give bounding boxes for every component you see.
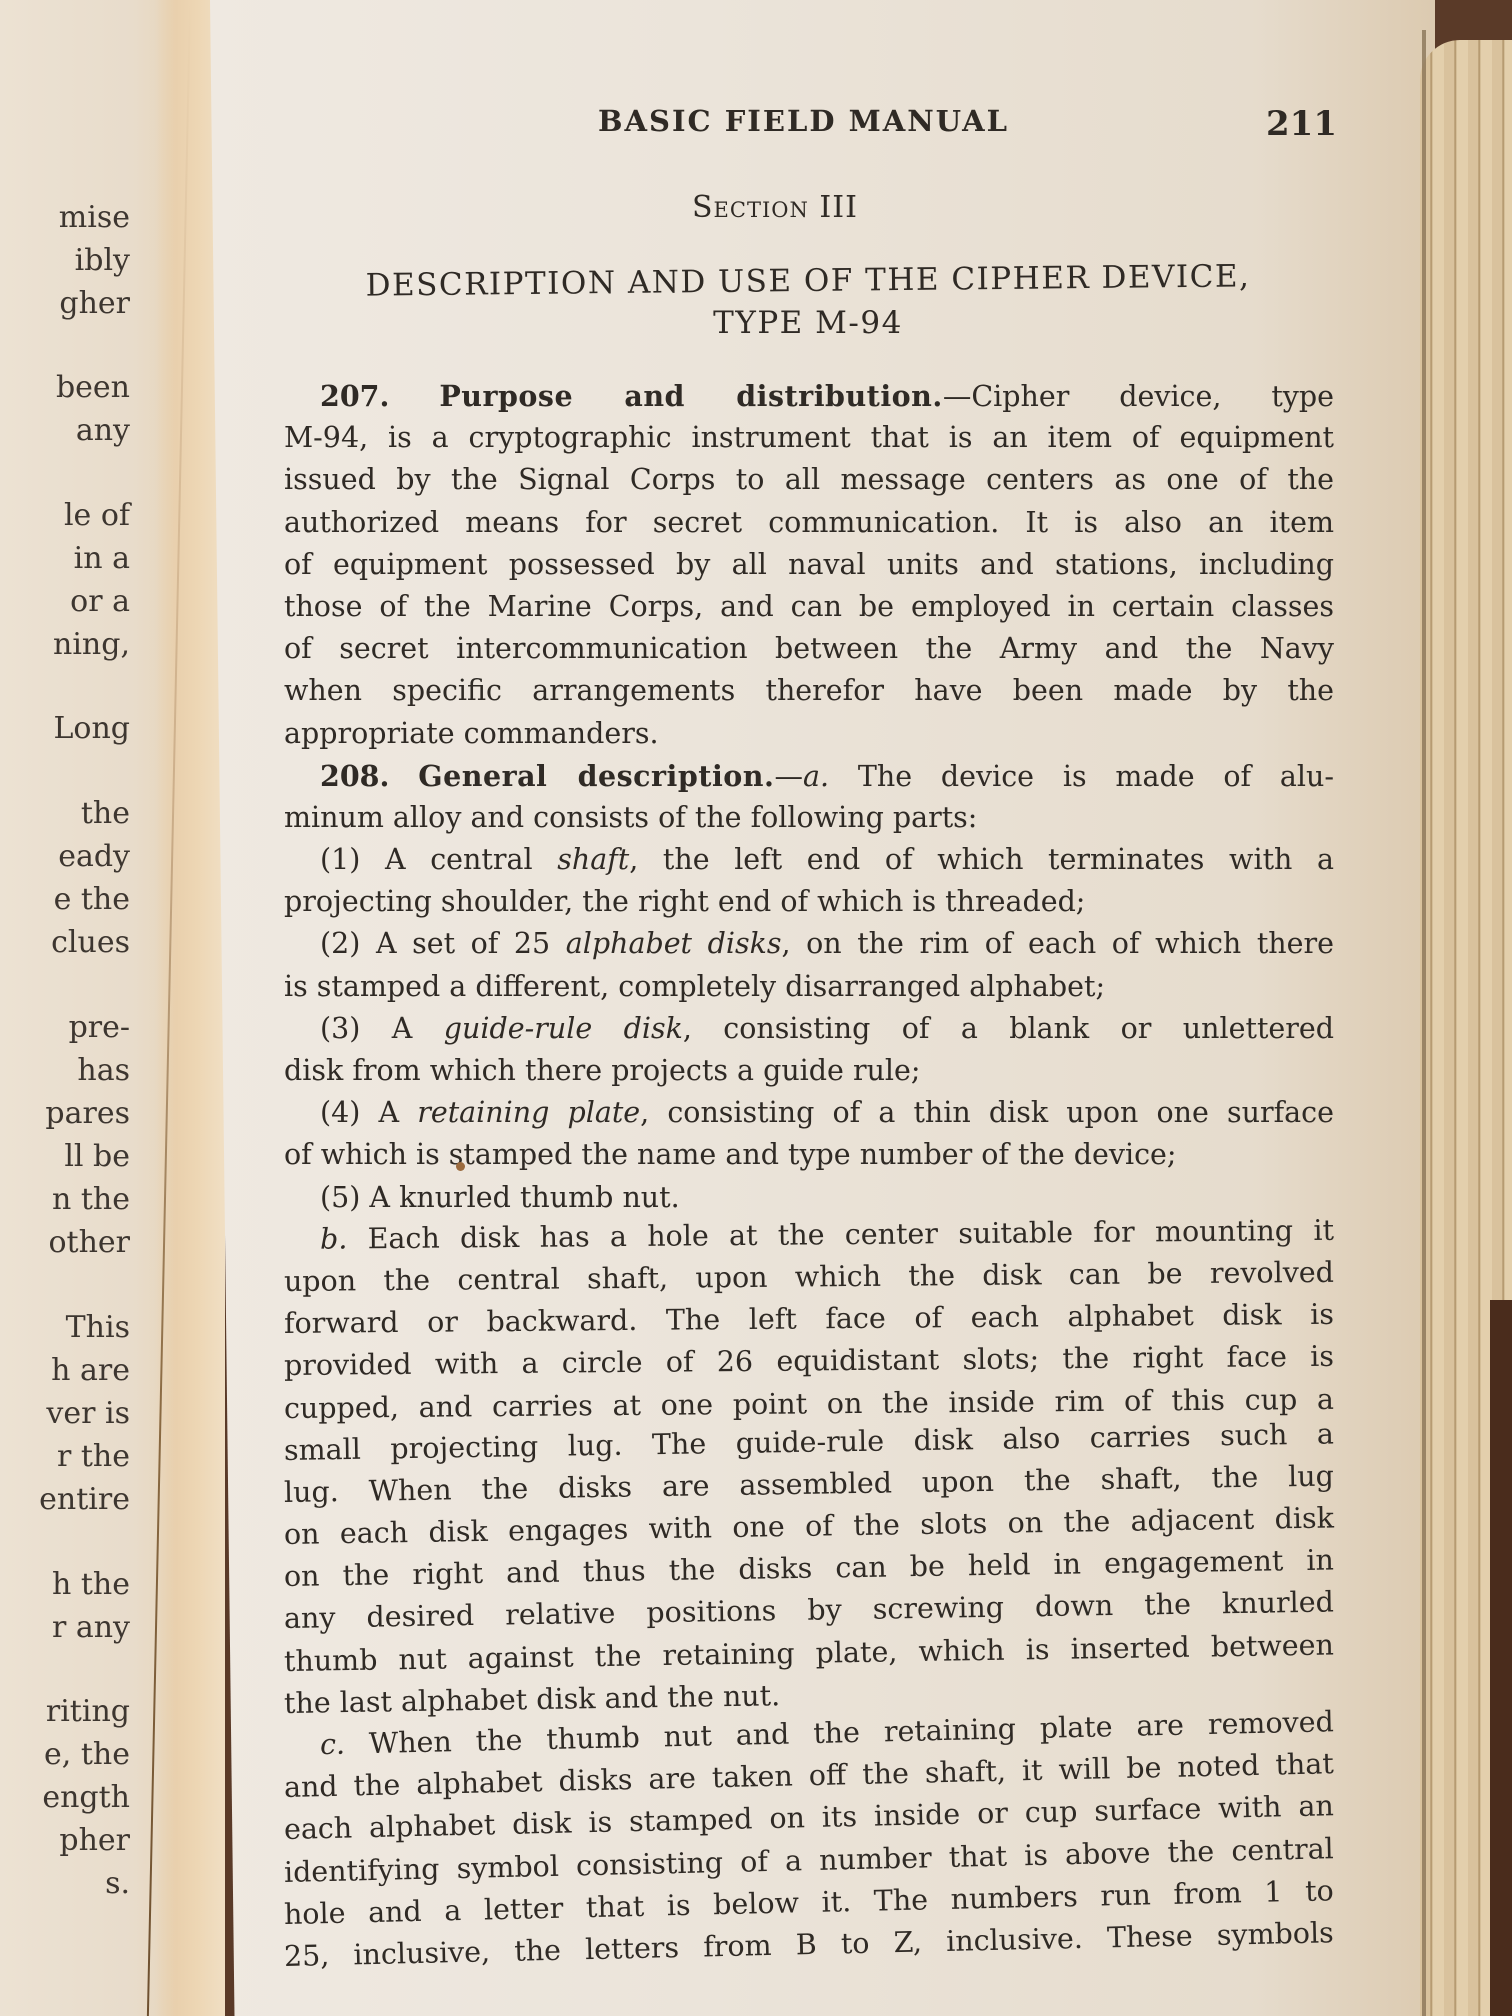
paragraph-208-line: 208. General description.—a. The device … — [284, 755, 1334, 797]
text-run: —Cipher device, type — [943, 380, 1334, 413]
text-run: The device is made of alu- — [829, 760, 1334, 793]
section-title-line-2: TYPE M-94 — [713, 305, 903, 341]
paragraph-207: 207. Purpose and distribution.—Cipher de… — [284, 375, 1334, 755]
term-retaining-plate: retaining plate — [417, 1096, 640, 1129]
body-text: 207. Purpose and distribution.—Cipher de… — [284, 375, 1334, 1978]
ink-stain — [456, 1162, 465, 1171]
paragraph-207-line: issued by the Signal Corps to all messag… — [284, 459, 1334, 501]
term-guide-rule-disk: guide-rule disk — [444, 1012, 683, 1045]
text-run: (2) A set of 25 — [320, 927, 566, 960]
list-item-2-cont: is stamped a different, completely disar… — [284, 966, 1334, 1008]
text-run: (1) A central — [320, 843, 557, 876]
term-shaft: shaft — [557, 843, 629, 876]
text-run: , consisting of a thin disk upon one sur… — [640, 1096, 1334, 1129]
list-item-4: (4) A retaining plate, consisting of a t… — [284, 1092, 1334, 1134]
text-run: Each disk has a hole at the center suita… — [347, 1214, 1334, 1256]
section-label: Section III — [692, 190, 858, 225]
paragraph-207-line: when specific arrangements therefor have… — [284, 670, 1334, 712]
text-run: , on the rim of each of which there — [781, 927, 1334, 960]
page-content: BASIC FIELD MANUAL 211 Section III DESCR… — [0, 0, 1512, 2016]
paragraph-207-line: appropriate commanders. — [284, 713, 1334, 755]
paragraph-207-line: of equipment possessed by all naval unit… — [284, 544, 1334, 586]
text-run: (4) A — [320, 1096, 417, 1129]
page-number: 211 — [1266, 104, 1337, 144]
paragraph-heading: Purpose and distribution. — [439, 379, 943, 413]
list-item-2: (2) A set of 25 alphabet disks, on the r… — [284, 923, 1334, 965]
list-item-3: (3) A guide-rule disk, consisting of a b… — [284, 1008, 1334, 1050]
paragraph-207-line: 207. Purpose and distribution.—Cipher de… — [284, 375, 1334, 417]
term-alphabet-disks: alphabet disks — [566, 927, 782, 960]
list-item-1: (1) A central shaft, the left end of whi… — [284, 839, 1334, 881]
list-item-3-cont: disk from which there projects a guide r… — [284, 1050, 1334, 1092]
list-item-1-cont: projecting shoulder, the right end of wh… — [284, 881, 1334, 923]
section-title: DESCRIPTION AND USE OF THE CIPHER DEVICE… — [288, 260, 1328, 344]
paragraph-208: 208. General description.—a. The device … — [284, 755, 1334, 1978]
list-item-4-cont: of which is stamped the name and type nu… — [284, 1134, 1334, 1176]
running-head: BASIC FIELD MANUAL — [598, 104, 1009, 138]
paragraph-207-line: M-94, is a cryptographic instrument that… — [284, 417, 1334, 459]
text-run: , the left end of which terminates with … — [629, 843, 1334, 876]
paragraph-heading: General description. — [418, 759, 774, 793]
paragraph-207-line: authorized means for secret communicatio… — [284, 502, 1334, 544]
paragraph-207-line: those of the Marine Corps, and can be em… — [284, 586, 1334, 628]
text-run: , consisting of a blank or unlettered — [683, 1012, 1334, 1045]
paragraph-number: 208. — [320, 759, 389, 793]
paragraph-207-line: of secret intercommunication between the… — [284, 628, 1334, 670]
subparagraph-a-label: a. — [803, 760, 829, 793]
book-photo: miseiblygherbeenanyle ofin aor aning,Lon… — [0, 0, 1512, 2016]
section-title-line-1: DESCRIPTION AND USE OF THE CIPHER DEVICE… — [288, 255, 1328, 308]
subparagraph-b-label: b. — [320, 1222, 348, 1255]
paragraph-208-line: minum alloy and consists of the followin… — [284, 797, 1334, 839]
subparagraph-c-label: c. — [320, 1728, 346, 1762]
text-run: (3) A — [320, 1012, 444, 1045]
paragraph-number: 207. — [320, 379, 389, 413]
